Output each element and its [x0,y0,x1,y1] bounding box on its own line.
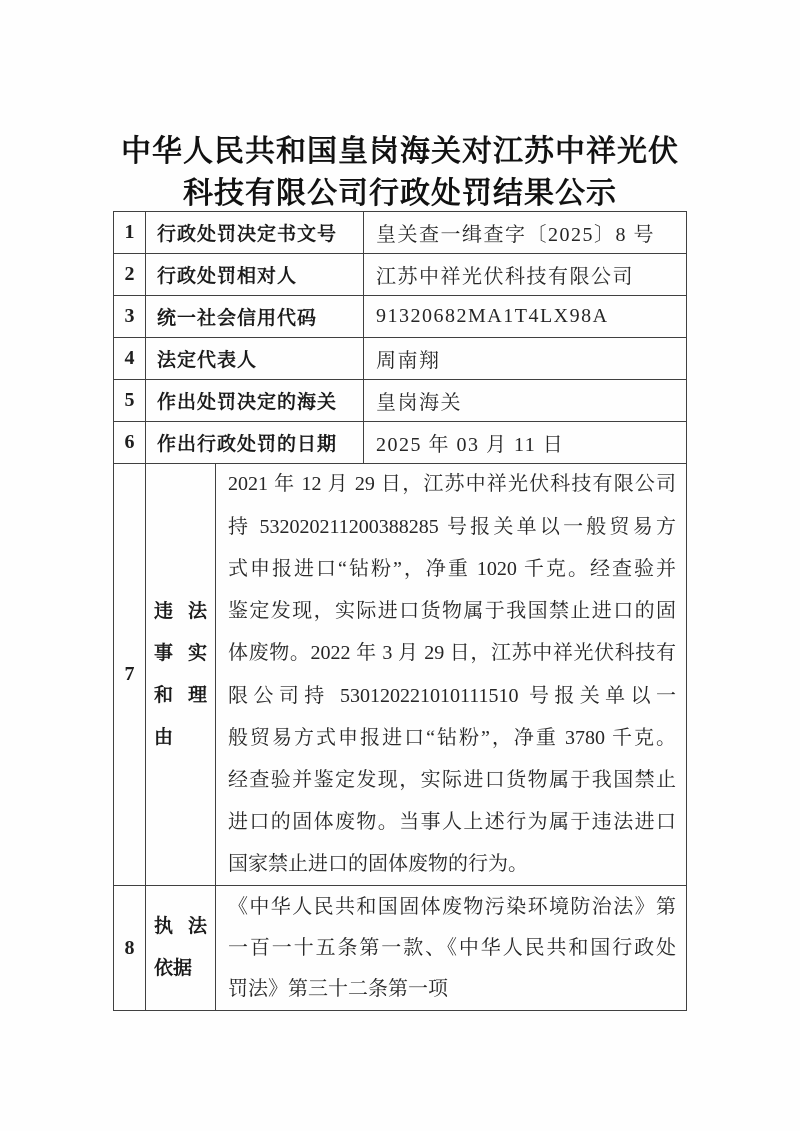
row-label: 统一社会信用代码 [146,296,364,337]
table-row-violation-facts: 7 违 法 事 实 和 理 由 2021 年 12 月 29 日，江苏中祥光伏科… [114,464,686,886]
row-number: 4 [114,338,146,379]
row-label: 作出行政处罚的日期 [146,422,364,463]
document-page: 中华人民共和国皇岗海关对江苏中祥光伏 科技有限公司行政处罚结果公示 1 行政处罚… [0,0,800,1131]
row-label: 行政处罚相对人 [146,254,364,295]
table-row: 3 统一社会信用代码 91320682MA1T4LX98A [114,296,686,338]
text-line: 《中华人民共和国固体废物污染环境防治法》第 [228,887,676,928]
document-title-line-2: 科技有限公司行政处罚结果公示 [0,173,800,215]
row-number: 2 [114,254,146,295]
table-row: 1 行政处罚决定书文号 皇关查一缉查字〔2025〕8 号 [114,212,686,254]
row-label: 行政处罚决定书文号 [146,212,364,253]
label-line: 依据 [154,948,207,990]
label-line: 和 理 [154,675,207,717]
row-number: 6 [114,422,146,463]
row-value: 江苏中祥光伏科技有限公司 [364,254,686,295]
table-row: 4 法定代表人 周南翔 [114,338,686,380]
row-number: 1 [114,212,146,253]
text-line: 经查验并鉴定发现，实际进口货物属于我国禁止 [228,759,676,801]
penalty-info-table: 1 行政处罚决定书文号 皇关查一缉查字〔2025〕8 号 2 行政处罚相对人 江… [113,211,687,1011]
label-line: 违 法 [154,591,207,633]
table-row: 5 作出处罚决定的海关 皇岗海关 [114,380,686,422]
table-row: 6 作出行政处罚的日期 2025 年 03 月 11 日 [114,422,686,464]
row-value: 91320682MA1T4LX98A [364,296,686,337]
row-number: 8 [114,886,146,1010]
text-line: 2021 年 12 月 29 日，江苏中祥光伏科技有限公司 [228,463,676,505]
text-line: 体废物。2022 年 3 月 29 日，江苏中祥光伏科技有 [228,632,676,674]
row-value: 2025 年 03 月 11 日 [364,422,686,463]
table-row-enforcement-basis: 8 执 法 依据 《中华人民共和国固体废物污染环境防治法》第 一百一十五条第一款… [114,886,686,1010]
text-line: 罚法》第三十二条第一项 [228,969,676,1010]
row-value: 周南翔 [364,338,686,379]
document-title: 中华人民共和国皇岗海关对江苏中祥光伏 科技有限公司行政处罚结果公示 [0,131,800,215]
row-label-enforcement-basis: 执 法 依据 [146,886,216,1010]
label-line: 执 法 [154,906,207,948]
label-line: 事 实 [154,633,207,675]
text-line: 般贸易方式申报进口“钻粉”，净重 3780 千克。 [228,717,676,759]
row-value: 皇关查一缉查字〔2025〕8 号 [364,212,686,253]
row-label: 法定代表人 [146,338,364,379]
text-line: 限公司持 530120221010111510 号报关单以一 [228,675,676,717]
text-line: 国家禁止进口的固体废物的行为。 [228,843,676,885]
label-line: 由 [154,717,207,759]
row-number: 7 [114,464,146,885]
row-label-violation-facts: 违 法 事 实 和 理 由 [146,464,216,885]
table-row: 2 行政处罚相对人 江苏中祥光伏科技有限公司 [114,254,686,296]
text-line: 式申报进口“钻粉”，净重 1020 千克。经查验并 [228,548,676,590]
text-line: 进口的固体废物。当事人上述行为属于违法进口 [228,801,676,843]
row-number: 3 [114,296,146,337]
text-line: 持 532020211200388285 号报关单以一般贸易方 [228,506,676,548]
row-number: 5 [114,380,146,421]
row-label: 作出处罚决定的海关 [146,380,364,421]
row-value: 皇岗海关 [364,380,686,421]
violation-facts-text: 2021 年 12 月 29 日，江苏中祥光伏科技有限公司 持 53202021… [216,464,686,885]
text-line: 鉴定发现，实际进口货物属于我国禁止进口的固 [228,590,676,632]
text-line: 一百一十五条第一款、《中华人民共和国行政处 [228,928,676,969]
enforcement-basis-text: 《中华人民共和国固体废物污染环境防治法》第 一百一十五条第一款、《中华人民共和国… [216,886,686,1010]
document-title-line-1: 中华人民共和国皇岗海关对江苏中祥光伏 [0,131,800,173]
